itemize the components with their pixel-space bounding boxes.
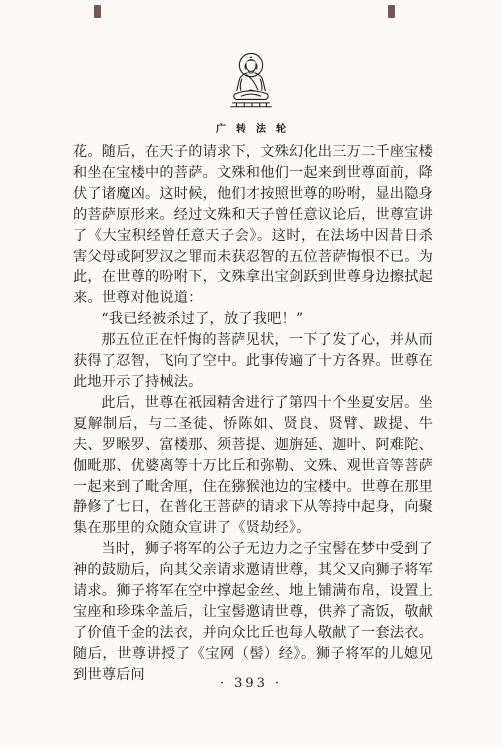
paragraph: 当时，狮子将军的公子无边力之子宝髻在梦中受到了神的鼓励后，向其父亲请求邀请世尊，… <box>73 539 433 685</box>
chapter-caption: 广转法轮 <box>0 120 502 135</box>
paragraph: 花。随后，在天子的请求下，文殊幻化出三万二千座宝楼和坐在宝楼中的菩萨。文殊和他们… <box>73 142 433 309</box>
body-text: 花。随后，在天子的请求下，文殊幻化出三万二千座宝楼和坐在宝楼中的菩萨。文殊和他们… <box>73 142 433 686</box>
buddha-icon <box>0 50 502 116</box>
ink-smudge-right <box>388 5 395 18</box>
paragraph-quote: “我已经被杀过了，放了我吧！” <box>73 309 433 330</box>
paragraph: 那五位正在忏悔的菩萨见状，一下了发了心，并从而获得了忍智，飞向了空中。此事传遍了… <box>73 330 433 393</box>
ink-smudge-left <box>94 5 101 18</box>
paragraph: 此后，世尊在祇园精舍进行了第四十个坐夏安居。坐夏解制后，与二圣徒、㤭陈如、贤良、… <box>73 393 433 539</box>
chapter-header: 广转法轮 <box>0 50 502 135</box>
book-page: 广转法轮 花。随后，在天子的请求下，文殊幻化出三万二千座宝楼和坐在宝楼中的菩萨。… <box>0 0 502 747</box>
page-number: · 393 · <box>0 676 502 691</box>
